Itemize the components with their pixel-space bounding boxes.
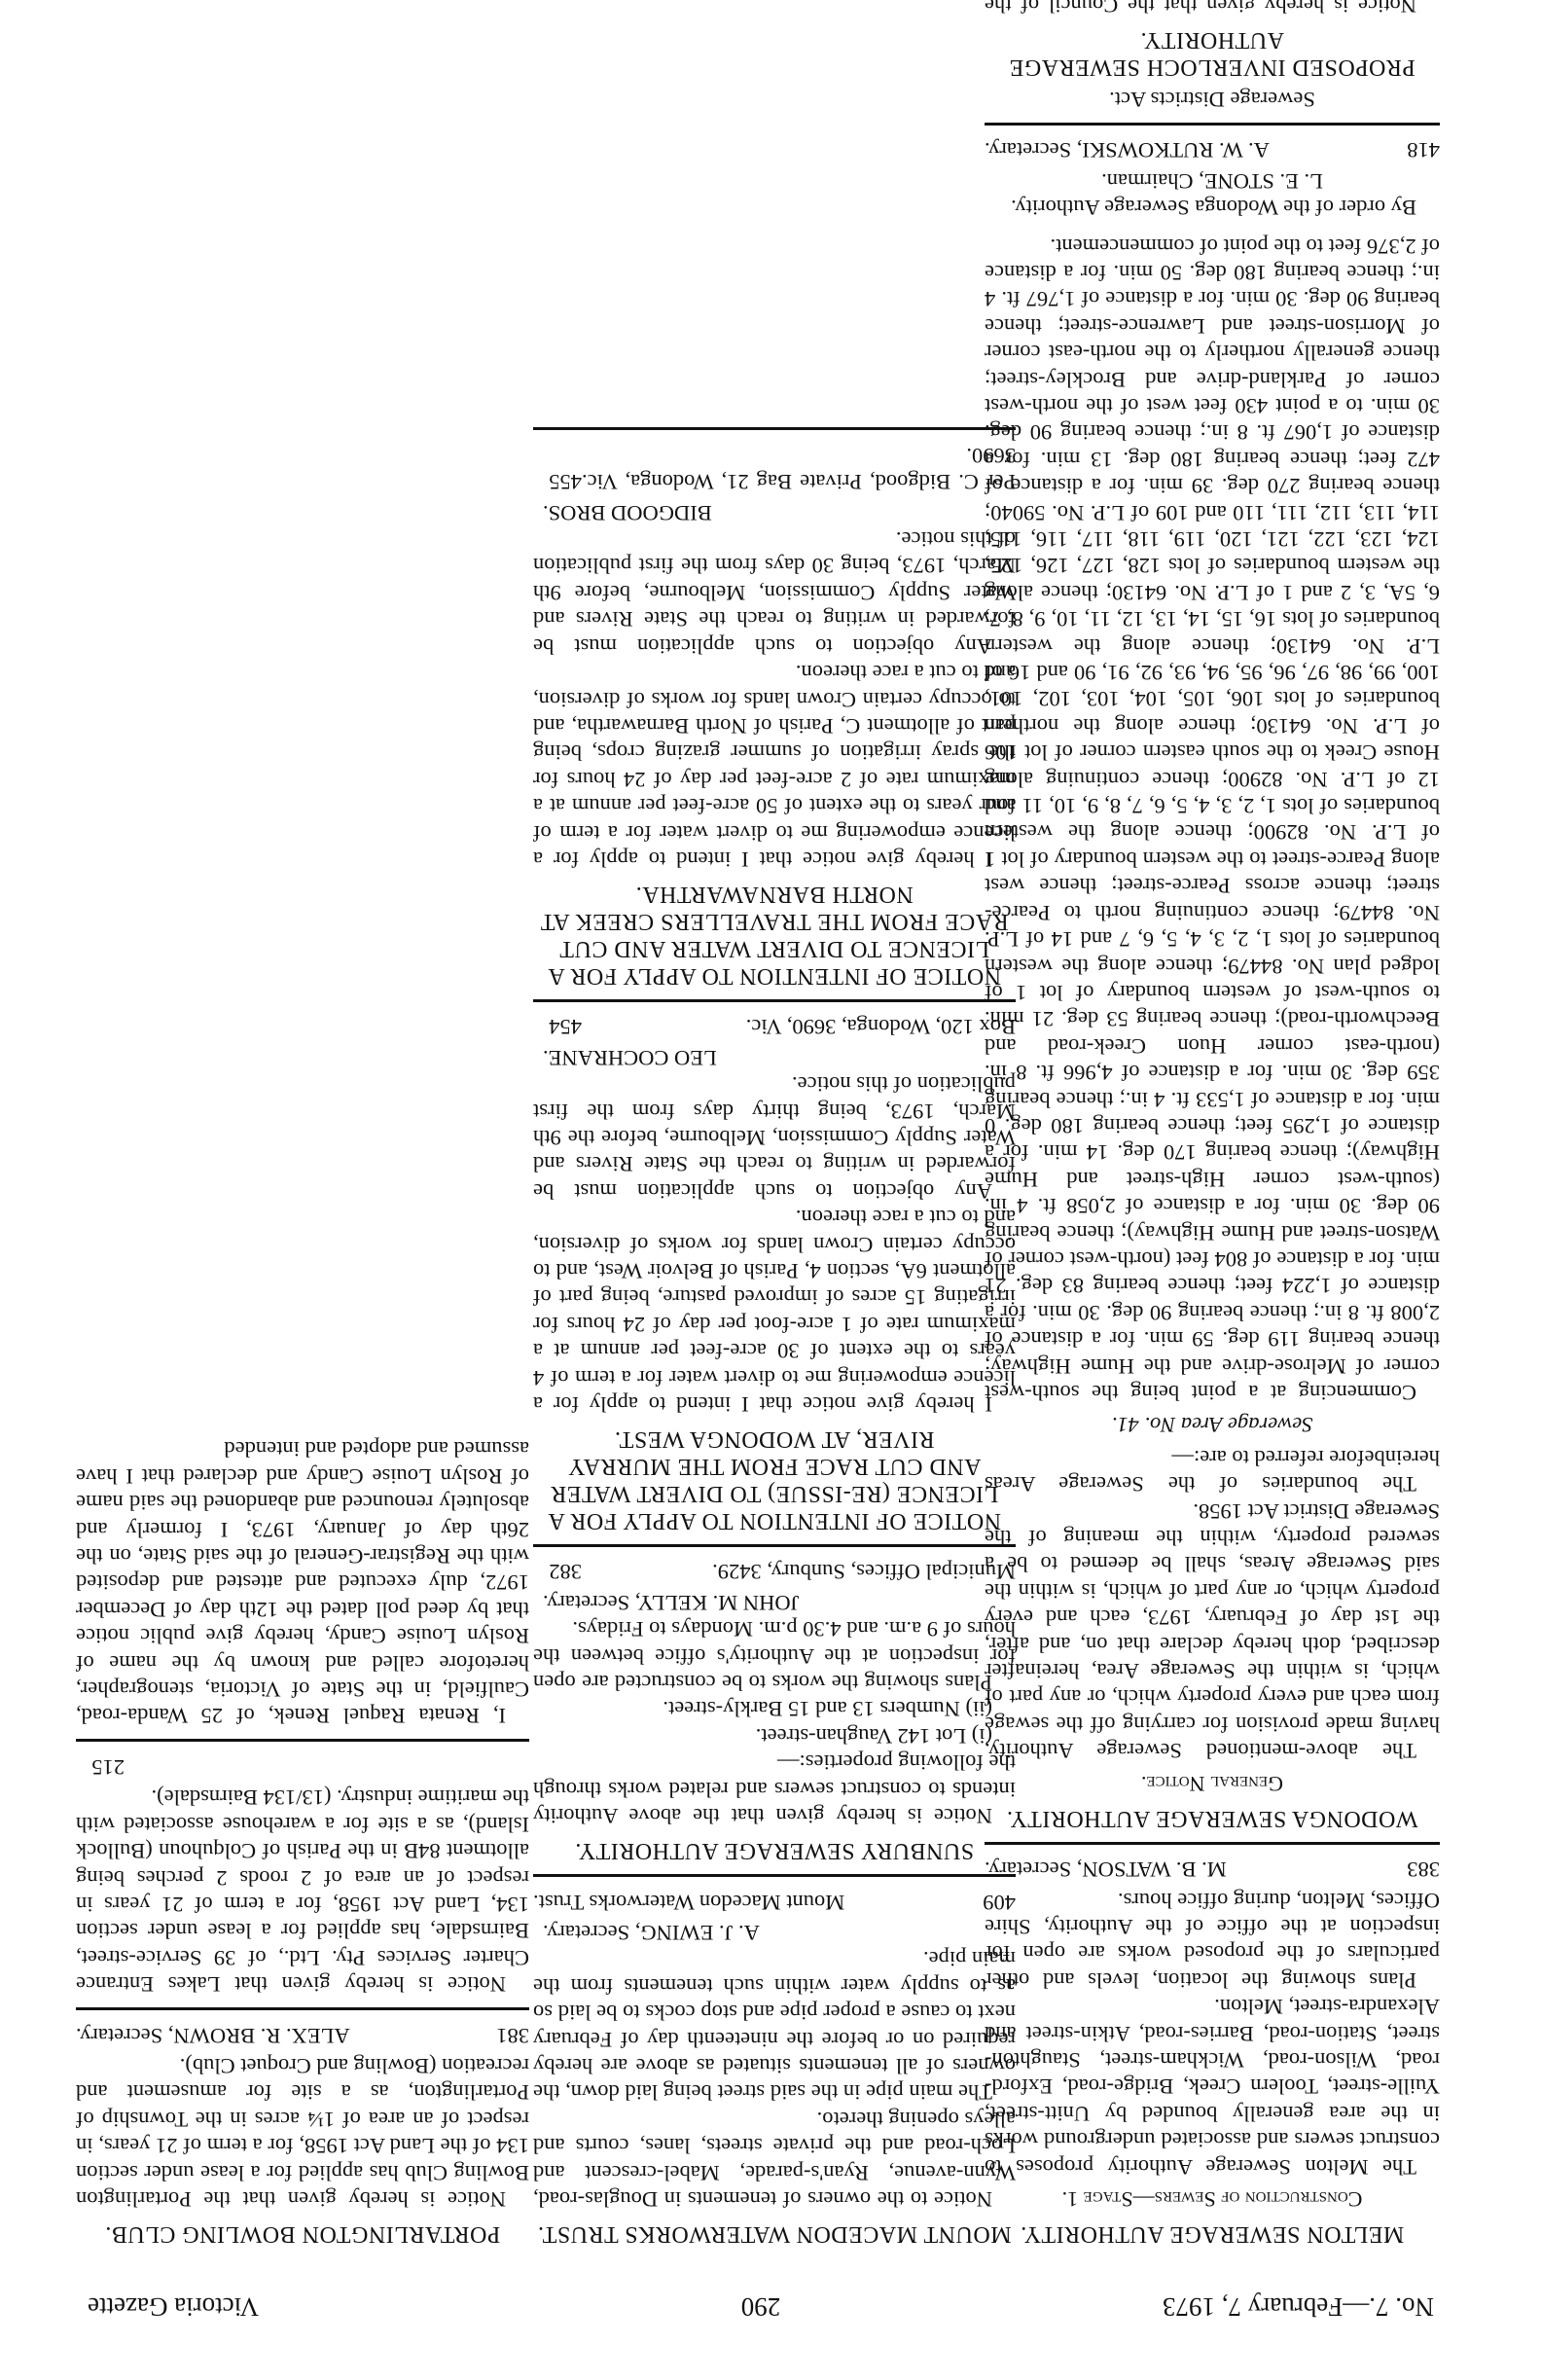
notice-title: PORTARLINGTON BOWLING CLUB. <box>76 2220 529 2248</box>
notice-paragraph: The boundaries of the Sewerage Areas her… <box>985 1444 1440 1497</box>
notice-sunbury: SUNBURY SEWERAGE AUTHORITY. Notice is he… <box>533 1559 1016 1864</box>
signatory: M. B. WATSON, Secretary. <box>985 1857 1227 1883</box>
notice-paragraph: Notice to the owners of tenements in Dou… <box>533 2106 1016 2213</box>
notice-paragraph: The main pipe in the said street being l… <box>533 1946 1016 2106</box>
notice-title: NOTICE OF INTENTION TO APPLY FOR A LICEN… <box>533 1425 1016 1534</box>
signoff: Box 120, Wodonga, 3690, Vic. 454 <box>533 1014 1016 1040</box>
divider <box>533 999 1016 1002</box>
notice-paragraph: Notice is hereby given that Lakes Entran… <box>76 1785 529 1998</box>
notice-murray-licence: NOTICE OF INTENTION TO APPLY FOR A LICEN… <box>533 1014 1016 1534</box>
signatory-address: Municipal Offices, Sunbury, 3429. <box>712 1559 1016 1585</box>
notice-number: 383 <box>1391 1857 1440 1883</box>
notice-number: 418 <box>1391 137 1440 163</box>
divider <box>533 1874 1016 1877</box>
list-item: (ii) Numbers 13 and 15 Barkly-street. <box>533 1696 1016 1722</box>
notice-number: 454 <box>533 1014 582 1040</box>
notice-inverloch: Sewerage Districts Act. PROPOSED INVERLO… <box>985 0 1440 113</box>
column-1: MELTON SEWERAGE AUTHORITY. Construction … <box>985 0 1440 2254</box>
signatory-per: Per C. Bidgood, Private Bag 21, Wodonga,… <box>582 442 1016 495</box>
notice-paragraph: Any objection to such application must b… <box>533 1071 1016 1205</box>
notice-change-of-name: I, Renata Raquel Renek, of 25 Wanda-road… <box>76 1436 529 1729</box>
divider <box>533 1544 1016 1547</box>
signatory: JOHN M. KELLY, Secretary. <box>533 1589 1016 1615</box>
notice-title: NOTICE OF INTENTION TO APPLY FOR A LICEN… <box>533 881 1016 990</box>
notice-title: SUNBURY SEWERAGE AUTHORITY. <box>533 1837 1016 1864</box>
notice-number: 455 <box>533 442 582 495</box>
signatory: A. W. RUTKOWSKI, Secretary. <box>985 137 1270 163</box>
notice-subtitle: General Notice. <box>985 1770 1440 1796</box>
notice-title: MOUNT MACEDON WATERWORKS TRUST. <box>533 2220 1016 2248</box>
notice-paragraph: Commencing at a point being the south-we… <box>985 233 1440 1406</box>
signatory-address: Box 120, Wodonga, 3690, Vic. <box>746 1014 1016 1040</box>
gazette-page: No. 7.—February 7, 1973 290 Victoria Gaz… <box>0 0 1541 2380</box>
notice-paragraph: The above-mentioned Sewerage Authority, … <box>985 1497 1440 1764</box>
column-3: PORTARLINGTON BOWLING CLUB. Notice is he… <box>76 1436 529 2254</box>
signoff: Per C. Bidgood, Private Bag 21, Wodonga,… <box>533 442 1016 495</box>
divider <box>533 427 1016 430</box>
notice-title: WODONGA SEWERAGE AUTHORITY. <box>985 1805 1440 1832</box>
notice-number: 381 <box>481 2022 529 2048</box>
notice-subtitle: Construction of Sewers—Stage 1. <box>985 2186 1440 2213</box>
page-number: 290 <box>88 2291 1434 2322</box>
running-head: No. 7.—February 7, 1973 290 Victoria Gaz… <box>88 2283 1434 2322</box>
signatory: LEO COCHRANE. <box>533 1044 1016 1070</box>
notice-paragraph: Notice is hereby given that the above Au… <box>533 1749 1016 1829</box>
list-item: (i) Lot 142 Vaughan-street. <box>533 1723 1016 1749</box>
notice-paragraph: Any objection to such application must b… <box>533 526 1016 660</box>
signatory-org: Mount Macedon Waterworks Trust. <box>533 1889 844 1915</box>
notice-title: PROPOSED INVERLOCH SEWERAGE AUTHORITY. <box>985 26 1440 81</box>
sewerage-area-label: Sewerage Area No. 41. <box>985 1412 1440 1438</box>
notice-paragraph: I, Renata Raquel Renek, of 25 Wanda-road… <box>76 1436 529 1729</box>
notice-number: 409 <box>967 1889 1016 1915</box>
notice-title: MELTON SEWERAGE AUTHORITY. <box>985 2220 1440 2248</box>
publication-title: Victoria Gazette <box>88 2291 259 2322</box>
divider <box>985 1842 1440 1845</box>
signatory-chair: L. E. STONE, Chairman. <box>985 167 1440 194</box>
notice-number: 382 <box>533 1559 582 1585</box>
notice-paragraph: Notice is hereby given that the Portarli… <box>76 2053 529 2213</box>
signatory: ALEX. R. BROWN, Secretary. <box>76 2022 350 2048</box>
notice-paragraph: Plans showing the works to be constructe… <box>533 1616 1016 1696</box>
signoff: 383 M. B. WATSON, Secretary. <box>985 1857 1440 1883</box>
signoff: 418 A. W. RUTKOWSKI, Secretary. <box>985 137 1440 163</box>
notice-paragraph: I hereby give notice that I intend to ap… <box>533 1205 1016 1418</box>
notice-paragraph: The Melton Sewerage Authority proposes t… <box>985 1994 1440 2181</box>
divider <box>76 2007 529 2010</box>
notice-portarlington: PORTARLINGTON BOWLING CLUB. Notice is he… <box>76 2022 529 2248</box>
signoff: 215 <box>76 1754 529 1781</box>
column-2: MOUNT MACEDON WATERWORKS TRUST. Notice t… <box>533 417 1016 2254</box>
notice-mount-macedon: MOUNT MACEDON WATERWORKS TRUST. Notice t… <box>533 1889 1016 2248</box>
divider <box>76 1740 529 1743</box>
act-name: Sewerage Districts Act. <box>985 87 1440 113</box>
signatory: BIDGOOD BROS. <box>533 499 1016 525</box>
signoff: 381 ALEX. R. BROWN, Secretary. <box>76 2022 529 2048</box>
notice-number: 215 <box>76 1754 125 1781</box>
notice-melton: MELTON SEWERAGE AUTHORITY. Construction … <box>985 1857 1440 2248</box>
divider <box>985 123 1440 126</box>
signoff: Municipal Offices, Sunbury, 3429. 382 <box>533 1559 1016 1585</box>
notice-paragraph: Notice is hereby given that the Council … <box>985 0 1440 18</box>
notice-paragraph: By order of the Wodonga Sewerage Authori… <box>985 195 1440 221</box>
notice-paragraph: Plans showing the location, levels and o… <box>985 1887 1440 1994</box>
notice-paragraph: I hereby give notice that I intend to ap… <box>533 660 1016 873</box>
notice-lakes-entrance: Notice is hereby given that Lakes Entran… <box>76 1754 529 1999</box>
notice-wodonga: WODONGA SEWERAGE AUTHORITY. General Noti… <box>985 137 1440 1832</box>
signatory: A. J. EWING, Secretary. <box>533 1920 1016 1946</box>
notice-barnawartha-licence: NOTICE OF INTENTION TO APPLY FOR A LICEN… <box>533 442 1016 990</box>
signoff: 409 Mount Macedon Waterworks Trust. <box>533 1889 1016 1915</box>
